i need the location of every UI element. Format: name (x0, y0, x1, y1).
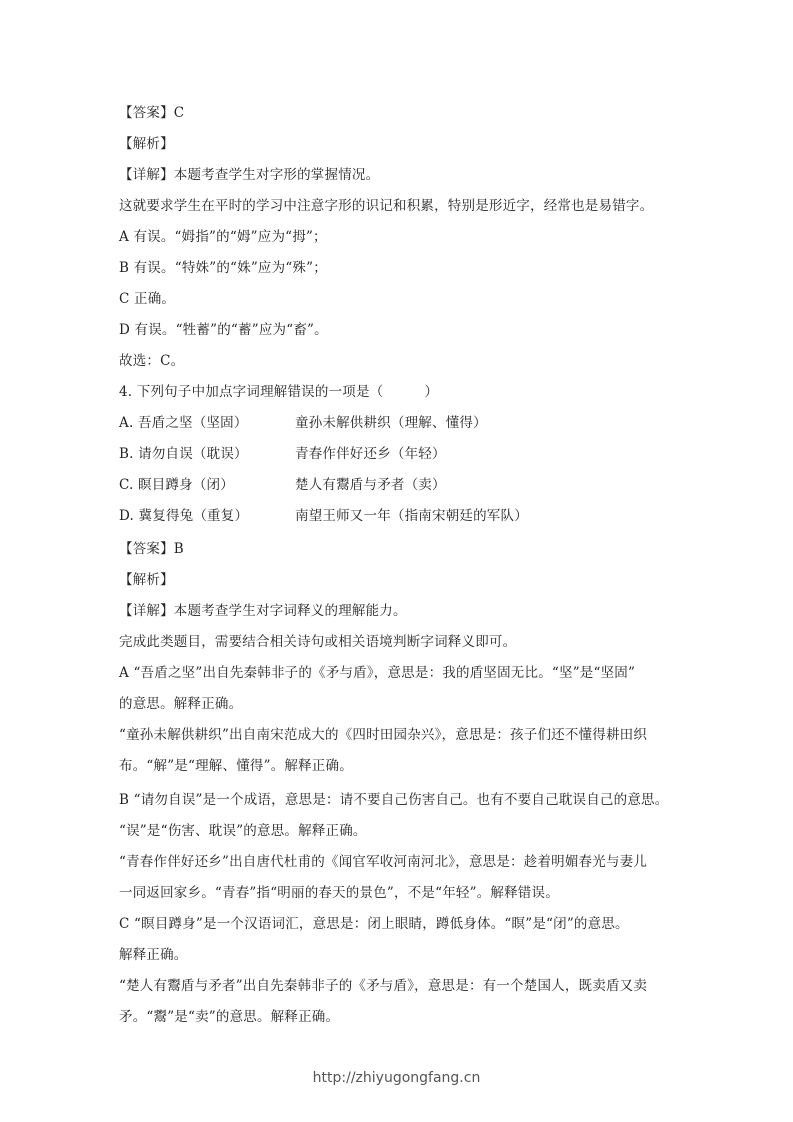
q4-intro: 完成此类题目，需要结合相关诗句或相关语境判断字词释义即可。 (119, 633, 516, 651)
q4-analysis-label: 【解析】 (119, 571, 174, 589)
option-letter: D. (119, 508, 134, 524)
option-right-text: 南望王师又一年（指南宋朝廷的军队） (295, 508, 528, 524)
footer-url[interactable]: http://zhiyugongfang.cn (0, 1070, 793, 1086)
option-right-text: 童孙未解供耕织（理解、懂得） (295, 415, 487, 431)
q4-option-b: B. 请勿自误（耽误）青春作伴好还乡（年轻） (119, 445, 446, 463)
q4-detail: 【详解】本题考查学生对字词释义的理解能力。 (119, 602, 407, 620)
q4-option-d: D. 冀复得兔（重复）南望王师又一年（指南宋朝廷的军队） (119, 507, 528, 525)
q3-item-b: B 有误。“特姝”的“姝”应为“殊”； (119, 259, 327, 277)
q4-paragraph-line: B “请勿自误”是一个成语，意思是：请不要自己伤害自己。也有不要自己耽误自己的意… (119, 791, 668, 809)
q4-option-c: C. 瞑目蹲身（闭）楚人有鬻盾与矛者（卖） (119, 476, 446, 494)
q4-answer-label: 【答案】B (119, 540, 184, 558)
q3-item-c: C 正确。 (119, 290, 175, 308)
option-left-text: 瞑目蹲身（闭） (138, 477, 234, 493)
q4-paragraph-line: “楚人有鬻盾与矛者”出自先秦韩非子的《矛与盾》，意思是：有一个楚国人，既卖盾又卖 (119, 977, 647, 995)
q4-paragraph-line: 布。“解”是“理解、懂得”。解释正确。 (119, 757, 353, 775)
q3-intro: 这就要求学生在平时的学习中注意字形的识记和积累，特别是形近字，经常也是易错字。 (119, 197, 653, 215)
q4-paragraph-line: 一同返回家乡。“青春”指“明丽的春天的景色”，不是“年轻”。解释错误。 (119, 884, 559, 902)
q3-answer-label: 【答案】C (119, 104, 184, 122)
q4-paragraph-line: C “瞑目蹲身”是一个汉语词汇，意思是：闭上眼睛，蹲低身体。“瞑”是“闭”的意思… (119, 915, 629, 933)
q3-item-d: D 有误。“牲蓄”的“蓄”应为“畜”。 (119, 321, 328, 339)
option-left-text: 吾盾之坚（坚固） (138, 415, 248, 431)
option-letter: C. (119, 477, 134, 493)
option-left-text: 冀复得兔（重复） (139, 508, 249, 524)
option-letter: B. (119, 446, 134, 462)
q4-paragraph-line: “童孙未解供耕织”出自南宋范成大的《四时田园杂兴》，意思是：孩子们还不懂得耕田织 (119, 726, 647, 744)
q4-option-a: A. 吾盾之坚（坚固）童孙未解供耕织（理解、懂得） (119, 414, 487, 432)
q4-paragraph-line: 的意思。解释正确。 (119, 695, 242, 713)
document-page: 【答案】C 【解析】 【详解】本题考查学生对字形的掌握情况。 这就要求学生在平时… (0, 0, 793, 1122)
q4-paragraph-line: 解释正确。 (119, 946, 188, 964)
q4-stem: 4. 下列句子中加点字词理解错误的一项是（ ） (119, 383, 438, 401)
q4-paragraph-line: “青春作伴好还乡”出自唐代杜甫的《闻官军收河南河北》，意思是：趁着明媚春光与妻儿 (119, 853, 647, 871)
option-left-text: 请勿自误（耽误） (138, 446, 248, 462)
q3-detail: 【详解】本题考查学生对字形的掌握情况。 (119, 166, 379, 184)
q4-paragraph-line: “误”是“伤害、耽误”的意思。解释正确。 (119, 822, 367, 840)
option-right-text: 楚人有鬻盾与矛者（卖） (295, 477, 446, 493)
option-letter: A. (119, 415, 133, 431)
q3-analysis-label: 【解析】 (119, 135, 174, 153)
q3-item-a: A 有误。“姆指”的“姆”应为“拇”； (119, 228, 327, 246)
option-right-text: 青春作伴好还乡（年轻） (295, 446, 446, 462)
q3-conclusion: 故选：C。 (119, 352, 184, 370)
q4-paragraph-line: 矛。“鬻”是“卖”的意思。解释正确。 (119, 1008, 339, 1026)
q4-paragraph-line: A “吾盾之坚”出自先秦韩非子的《矛与盾》，意思是：我的盾坚固无比。“坚”是“坚… (119, 664, 635, 682)
